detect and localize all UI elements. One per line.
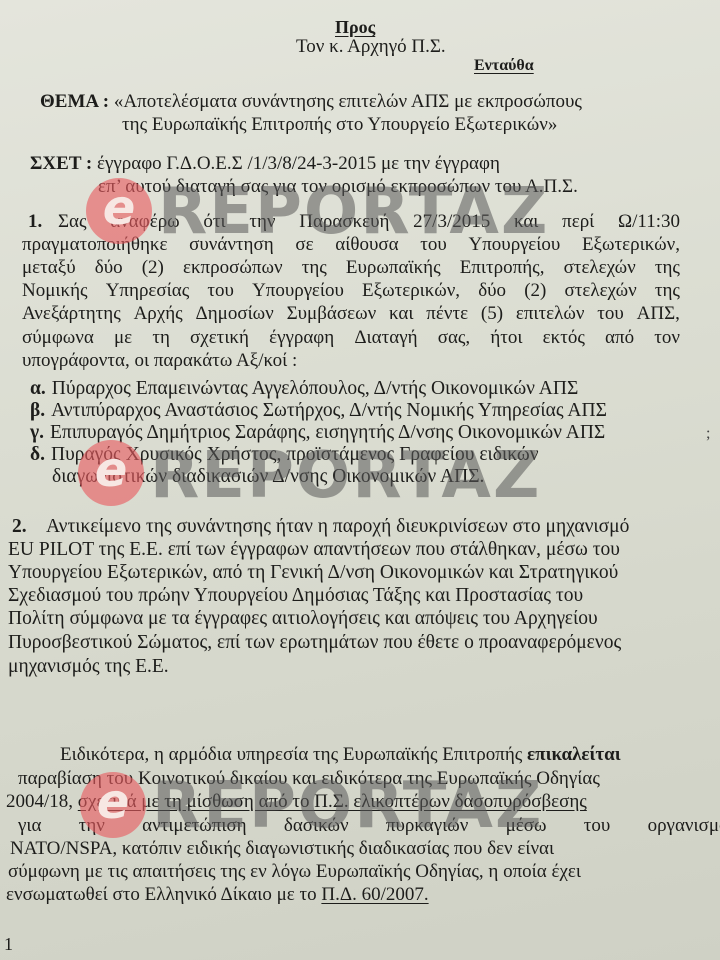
p3-line-3: 2004/18, σχετικά με τη μίσθωση από το Π.… (6, 791, 587, 813)
word: Νομικής (22, 280, 88, 302)
officer-letter: α. (30, 378, 46, 399)
p1-last-line: υπογράφοντα, οι παρακάτω Αξ/κοί : (22, 350, 297, 372)
p1-line: μεταξύδύο(2)εκπροσώπωντηςΕυρωπαϊκήςΕπιτρ… (22, 257, 680, 279)
word: Υπουργείου (252, 280, 344, 302)
word: δασικών (284, 815, 349, 837)
word: σύμφωνα (22, 327, 94, 349)
word: της (302, 257, 327, 279)
officer-item: α.Πύραρχος Επαμεινώντας Αγγελόπουλος, Δ/… (30, 378, 578, 400)
p2-text: Υπουργείου Εξωτερικών, από τη Γενική Δ/ν… (8, 562, 618, 583)
word: Συμβάσεων (287, 303, 377, 325)
word: αίθουσα (335, 234, 398, 256)
p3-line-3-pre: 2004/18, (6, 791, 78, 812)
to-label: Προς (335, 16, 375, 38)
officer-letter: γ. (30, 422, 44, 443)
word: στελεχών (565, 280, 637, 302)
word: σας, (438, 327, 470, 349)
word: εκπροσώπων (183, 257, 283, 279)
word: μέσω (506, 815, 547, 837)
word: την (249, 211, 275, 233)
p1-line: ΑνεξάρτητηςΑρχήςΔημοσίωνΣυμβάσεωνκαιπέντ… (22, 303, 680, 325)
p3-line-5: NATO/NSPA, κατόπιν ειδικής διαγωνιστικής… (10, 838, 554, 860)
location: Ενταύθα (474, 55, 534, 77)
word: (5) (481, 303, 503, 325)
officer-letter: δ. (30, 444, 45, 465)
word: Δημοσίων (195, 303, 273, 325)
word: Εξωτερικών, (582, 234, 680, 256)
p2-text: EU PILOT της Ε.Ε. επί των έγγραφων απαντ… (8, 539, 620, 560)
word: Σας (58, 211, 87, 233)
word: αντιμετώπιση (142, 815, 246, 837)
p3-line-4: γιατηναντιμετώπισηδασικώνπυρκαγιώνμέσωτο… (18, 815, 720, 837)
word: σχετική (190, 327, 249, 349)
p2-line: EU PILOT της Ε.Ε. επί των έγγραφων απαντ… (8, 539, 620, 561)
subject-line-2: της Ευρωπαϊκής Επιτροπής στο Υπουργείο Ε… (122, 114, 557, 136)
subject-label: ΘΕΜΑ : (40, 91, 109, 112)
word: τον (654, 327, 680, 349)
p2-text: Αντικείμενο της συνάντησης ήταν η παροχή… (46, 516, 629, 537)
officer-letter: β. (30, 400, 45, 421)
document-page: Προς Τον κ. Αρχηγό Π.Σ. Ενταύθα ΘΕΜΑ : «… (0, 0, 720, 960)
officer-text: Αντιπύραρχος Αναστάσιος Σωτήρχος, Δ/ντής… (51, 400, 607, 421)
p2-line: Πυροσβεστικού Σώματος, επί των ερωτημάτω… (8, 632, 621, 654)
p3-line-2: παραβίαση του Κοινοτικού δικαίου και ειδ… (18, 768, 600, 790)
word: και (514, 211, 538, 233)
word: Υπηρεσίας (106, 280, 190, 302)
p2-text: Σχεδιασμού του πρώην Υπουργείου Δημόσιας… (8, 585, 583, 606)
p2-line: Σχεδιασμού του πρώην Υπουργείου Δημόσιας… (8, 585, 583, 607)
page-number: 1 (4, 934, 13, 955)
word: μεταξύ (22, 257, 76, 279)
word: πέντε (426, 303, 468, 325)
word: συνάντηση (189, 234, 274, 256)
subject-text-1: «Αποτελέσματα συνάντησης επιτελών ΑΠΣ με… (114, 91, 582, 112)
p3-underlined-phrase: σχετικά με τη μίσθωση από το Π.Σ. ελικοπ… (78, 791, 587, 812)
reference-label: ΣΧΕΤ : (30, 153, 92, 174)
p3-line-1-text: Ειδικότερα, η αρμόδια υπηρεσία της Ευρωπ… (60, 744, 527, 765)
word: Ανεξάρτητης (22, 303, 121, 325)
officer-continuation: διαγωνιστικών διαδικασιών Δ/νσης Οικονομ… (52, 466, 484, 488)
word: (2) (142, 257, 164, 279)
margin-mark: ; (706, 425, 710, 443)
word: αναφέρω (110, 211, 179, 233)
p2-line: Υπουργείου Εξωτερικών, από τη Γενική Δ/ν… (8, 562, 618, 584)
p1-number: 1. (28, 211, 42, 233)
p2-line: 2.Αντικείμενο της συνάντησης ήταν η παρο… (46, 516, 629, 538)
word: Αρχής (134, 303, 183, 325)
word: ότι (203, 211, 225, 233)
word: περί (562, 211, 594, 233)
p3-line-7-pre: ενσωματωθεί στο Ελληνικό Δίκαιο με το (6, 884, 321, 905)
word: από (605, 327, 634, 349)
word: οργανισμού (648, 815, 720, 837)
word: του (207, 280, 234, 302)
word: Διαταγή (354, 327, 417, 349)
word: 27/3/2015 (413, 211, 490, 233)
word: Επιτροπής, (460, 257, 545, 279)
p2-text: Πυροσβεστικού Σώματος, επί των ερωτημάτω… (8, 632, 621, 653)
officer-text: Πύραρχος Επαμεινώντας Αγγελόπουλος, Δ/ντ… (52, 378, 579, 399)
p3-line-6: σύμφωνη με τις απαιτήσεις της εν λόγω Ευ… (8, 861, 581, 883)
p1-line: πραγματοποιήθηκεσυνάντησησεαίθουσατουΥπο… (22, 234, 680, 256)
p3-underlined-decree: Π.Δ. 60/2007. (321, 884, 428, 905)
word: στελεχών (564, 257, 636, 279)
word: για (18, 815, 41, 837)
word: έγγραφη (269, 327, 334, 349)
reference-line-2: επ’ αυτού διαταγή σας για τον ορισμό εκπ… (98, 176, 578, 198)
p2-line: Πολίτη σύμφωνα με τα έγγραφες αιτιολογήσ… (8, 608, 598, 630)
word: ήτοι (490, 327, 522, 349)
word: πραγματοποιήθηκε (22, 234, 167, 256)
word: της (655, 280, 680, 302)
p3-bold-term: επικαλείται (527, 744, 621, 765)
word: του (597, 303, 624, 325)
word: σε (295, 234, 313, 256)
word: του (584, 815, 611, 837)
word: ΑΠΣ, (637, 303, 680, 325)
p3-line-7: ενσωματωθεί στο Ελληνικό Δίκαιο με το Π.… (6, 884, 429, 906)
word: δύο (95, 257, 123, 279)
word: (2) (524, 280, 546, 302)
word: Εξωτερικών, (362, 280, 460, 302)
word: με (114, 327, 132, 349)
word: Ευρωπαϊκής (346, 257, 441, 279)
reference-text-1: έγγραφο Γ.Δ.Ο.Ε.Σ /1/3/8/24-3-2015 με τη… (97, 153, 500, 174)
reference-line-1: ΣΧΕΤ : έγγραφο Γ.Δ.Ο.Ε.Σ /1/3/8/24-3-201… (30, 153, 500, 175)
word: Ω/11:30 (618, 211, 680, 233)
word: και (389, 303, 413, 325)
p3-line-1: Ειδικότερα, η αρμόδια υπηρεσία της Ευρωπ… (60, 744, 720, 766)
officer-text: Επιπυραγός Δημήτριος Σαράφης, εισηγητής … (50, 422, 605, 443)
word: εκτός (543, 327, 585, 349)
word: Παρασκευή (299, 211, 389, 233)
officer-text: Πυραγός Χρυσικός Χρήστος, προϊστάμενος Γ… (51, 444, 539, 465)
officer-item: δ.Πυραγός Χρυσικός Χρήστος, προϊστάμενος… (30, 444, 539, 466)
p2-text: μηχανισμός της Ε.Ε. (8, 656, 169, 677)
officer-item: γ.Επιπυραγός Δημήτριος Σαράφης, εισηγητή… (30, 422, 605, 444)
p2-text: Πολίτη σύμφωνα με τα έγγραφες αιτιολογήσ… (8, 608, 598, 629)
word: επιτελών (516, 303, 585, 325)
officer-item: β.Αντιπύραρχος Αναστάσιος Σωτήρχος, Δ/ντ… (30, 400, 607, 422)
word: τη (152, 327, 170, 349)
subject-line-1: ΘΕΜΑ : «Αποτελέσματα συνάντησης επιτελών… (40, 91, 582, 113)
word: πυρκαγιών (386, 815, 468, 837)
word: δύο (478, 280, 506, 302)
word: της (655, 257, 680, 279)
word: την (79, 815, 105, 837)
p2-number: 2. (12, 516, 27, 538)
recipient: Τον κ. Αρχηγό Π.Σ. (296, 36, 446, 58)
word: Υπουργείου (468, 234, 560, 256)
p2-line: μηχανισμός της Ε.Ε. (8, 656, 169, 678)
p1-line: ΝομικήςΥπηρεσίαςτουΥπουργείουΕξωτερικών,… (22, 280, 680, 302)
p1-line: σύμφωναμετησχετικήέγγραφηΔιαταγήσας,ήτοι… (22, 327, 680, 349)
word: του (420, 234, 447, 256)
p1-line: 1.ΣαςαναφέρωότιτηνΠαρασκευή27/3/2015καιπ… (58, 211, 680, 233)
